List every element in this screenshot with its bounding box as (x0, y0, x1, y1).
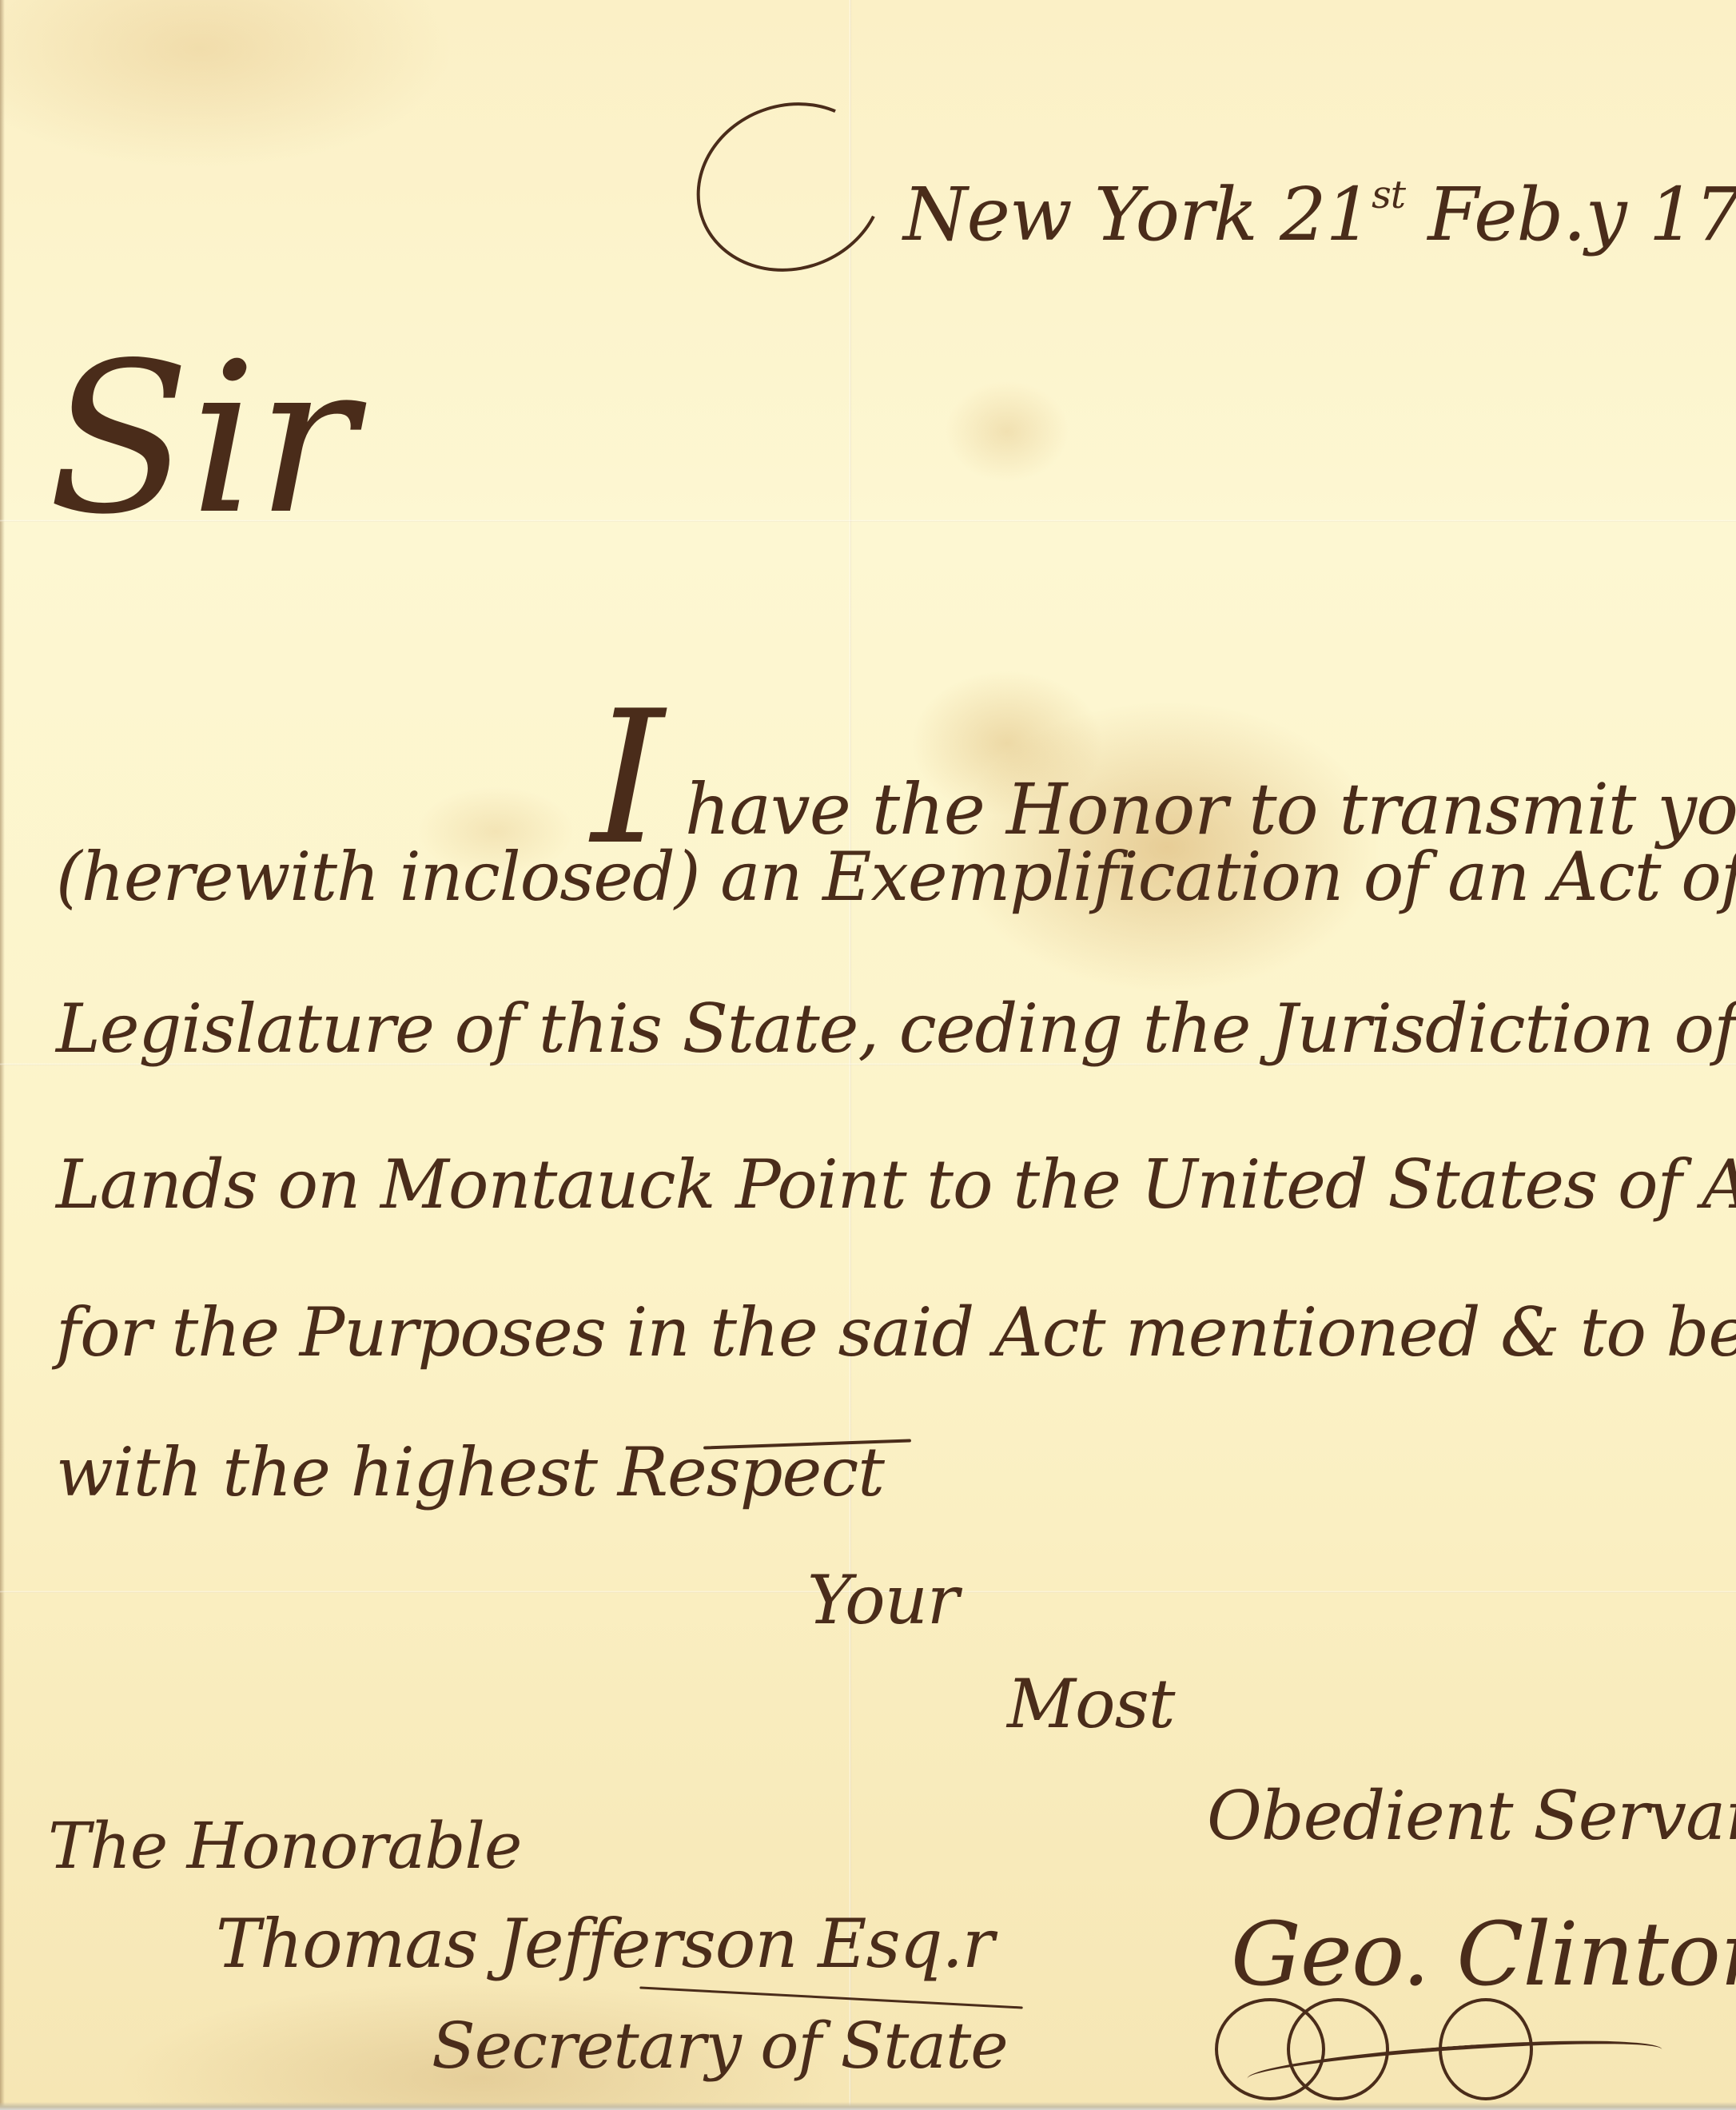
paper-bottom-edge (0, 2102, 1736, 2110)
closing-most: Most (1007, 1670, 1174, 1738)
dateline-month: Feb.y (1427, 172, 1626, 257)
addressee-line-2: Thomas Jefferson Esq.r (216, 1910, 993, 1977)
salutation: Sir (48, 336, 356, 543)
dateline: New York 21st Feb.y 1793 (903, 176, 1736, 252)
paper-left-edge (0, 0, 5, 2110)
dateline-place: New York (903, 172, 1257, 257)
body-line-3: Legislature of this State, ceding the Ju… (56, 995, 1736, 1062)
body-line-4: Lands on Montauck Point to the United St… (56, 1151, 1736, 1218)
body-line-2: (herewith inclosed) an Exemplification o… (56, 843, 1736, 910)
closing-your: Your (807, 1567, 958, 1634)
dateline-year: 1793 (1649, 172, 1736, 257)
body-line-5: for the Purposes in the said Act mention… (56, 1299, 1736, 1366)
addressee-line-1: The Honorable (48, 1814, 521, 1878)
signature: Geo. Clinton (1231, 1910, 1736, 1998)
body-line-6: with the highest Respect (56, 1439, 884, 1506)
dateline-day-suffix: st (1372, 173, 1405, 217)
dateline-day: 21 (1280, 172, 1372, 257)
closing-obedient-servant: Obedient Servant (1207, 1782, 1736, 1849)
addressee-line-3: Secretary of State (432, 2014, 1008, 2078)
